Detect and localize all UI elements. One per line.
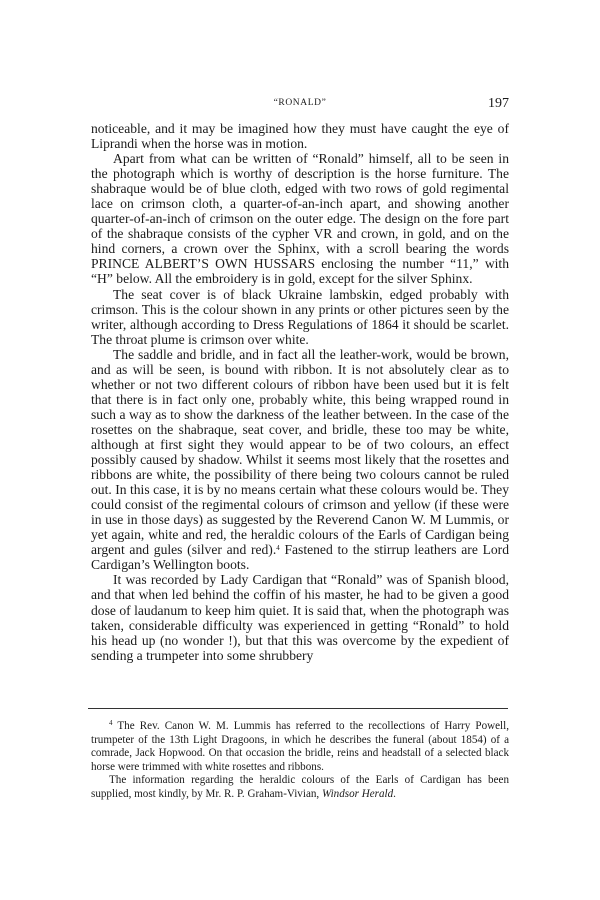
paragraph-horse-furniture: Apart from what can be written of “Ronal…	[91, 151, 509, 286]
paragraph-spanish-blood: It was recorded by Lady Cardigan that “R…	[91, 572, 509, 662]
paragraph-seat-cover: The seat cover is of black Ukraine lambs…	[91, 287, 509, 347]
page-number: 197	[488, 96, 509, 112]
body-text: noticeable, and it may be imagined how t…	[91, 121, 509, 663]
footnote-text: The Rev. Canon W. M. Lummis has referred…	[91, 720, 509, 773]
footnotes: 4 The Rev. Canon W. M. Lummis has referr…	[91, 720, 509, 802]
book-page: “RONALD” 197 noticeable, and it may be i…	[0, 0, 600, 900]
footnote-acknowledgement: The information regarding the heraldic c…	[91, 774, 509, 801]
footnote-text: .	[393, 788, 396, 800]
paragraph-text: The saddle and bridle, and in fact all t…	[91, 347, 509, 558]
running-title: “RONALD”	[91, 98, 509, 108]
footnote-text: The information regarding the heraldic c…	[91, 774, 509, 800]
paragraph-continuation: noticeable, and it may be imagined how t…	[91, 121, 509, 151]
footnote-italic-title: Windsor Herald	[322, 788, 393, 800]
running-head: “RONALD” 197	[91, 96, 509, 112]
footnote-4: 4 The Rev. Canon W. M. Lummis has referr…	[91, 720, 509, 774]
footnote-divider	[88, 708, 508, 709]
paragraph-saddle-bridle: The saddle and bridle, and in fact all t…	[91, 347, 509, 573]
